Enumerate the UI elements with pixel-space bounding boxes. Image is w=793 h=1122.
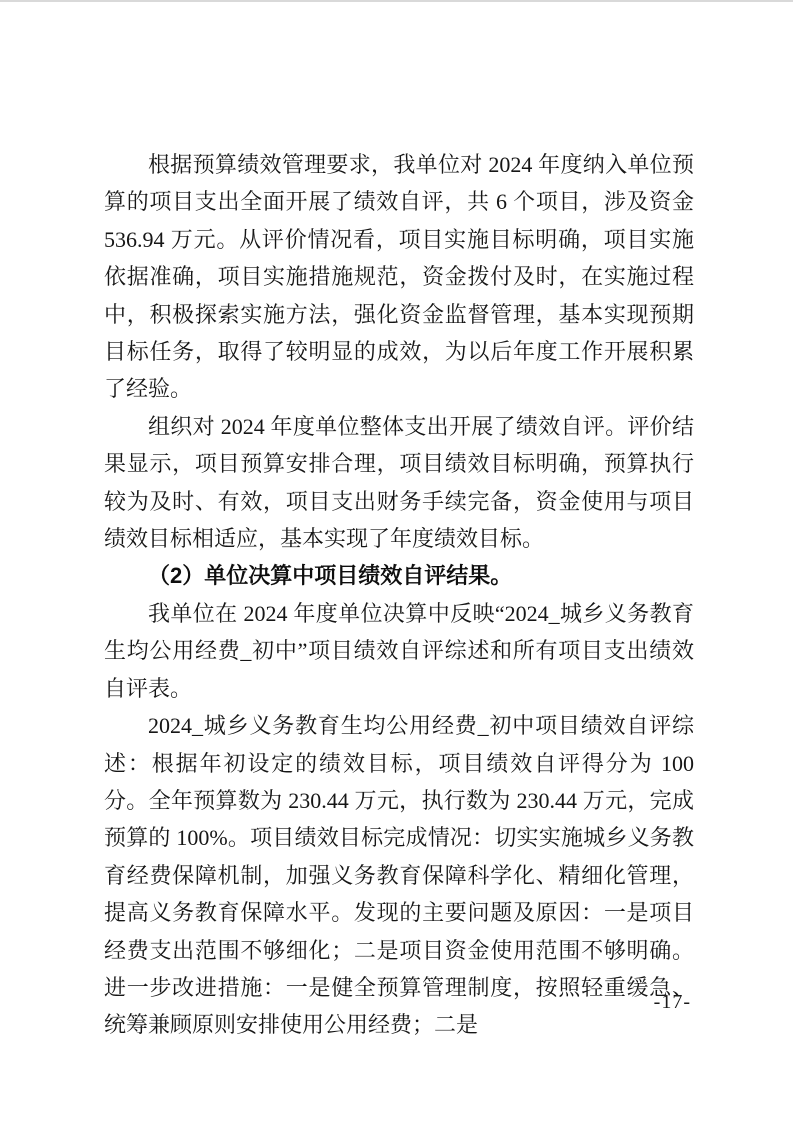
section-heading-project-results: （2）单位决算中项目绩效自评结果。: [104, 557, 694, 594]
document-body: 根据预算绩效管理要求，我单位对 2024 年度纳入单位预算的项目支出全面开展了绩…: [104, 146, 694, 1044]
paragraph-overall-expenditure: 组织对 2024 年度单位整体支出开展了绩效自评。评价结果显示，项目预算安排合理…: [104, 408, 694, 558]
paragraph-project-summary: 2024_城乡义务教育生均公用经费_初中项目绩效自评综述：根据年初设定的绩效目标…: [104, 707, 694, 1044]
paragraph-final-accounts: 我单位在 2024 年度单位决算中反映“2024_城乡义务教育生均公用经费_初中…: [104, 595, 694, 707]
page-number: -17-: [654, 991, 691, 1013]
scan-top-edge: [0, 0, 793, 2]
paragraph-project-self-evaluation: 根据预算绩效管理要求，我单位对 2024 年度纳入单位预算的项目支出全面开展了绩…: [104, 146, 694, 408]
document-page: { "page": { "background_color": "#ffffff…: [0, 0, 793, 1122]
